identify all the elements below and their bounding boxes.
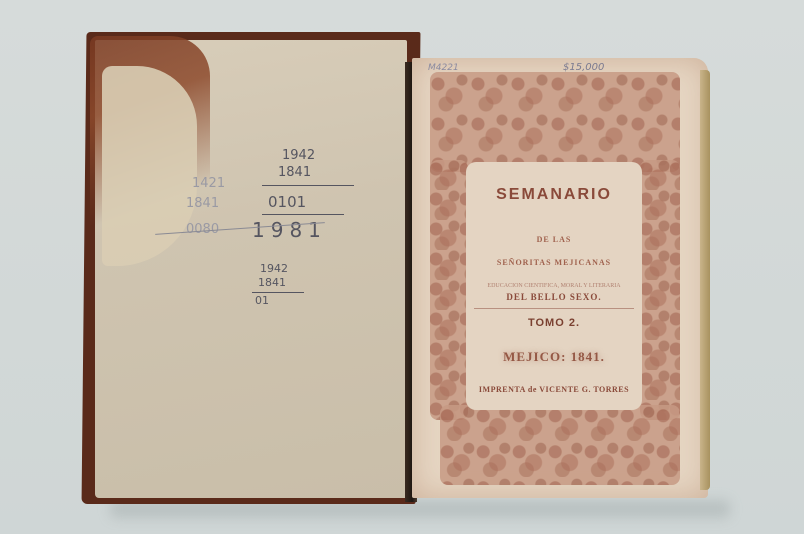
title-rule [474,308,634,309]
floral-ornament-top [430,72,680,172]
price-note: $15,000 [563,62,604,73]
note-1841-faint: 1841 [186,196,219,211]
pencil-line [252,292,304,293]
floral-ornament-bottom [440,405,680,485]
floral-ornament-right [640,160,680,420]
title-line-de-las: DE LAS [466,235,642,244]
pencil-line [262,214,344,215]
pencil-line [262,185,354,186]
floral-ornament-left [430,160,468,420]
page-fore-edge [700,70,710,490]
note-1942-top: 1942 [282,148,315,163]
note-01: 01 [255,294,269,307]
accession-number: M4221 [428,63,459,73]
title-line-bello-sexo: DEL BELLO SEXO. [466,292,642,302]
note-1841-top: 1841 [278,165,311,180]
volume-label: TOMO 2. [466,317,642,329]
title-line-educacion: EDUCACION CIENTIFICA, MORAL Y LITERARIA [466,283,642,289]
place-date: MEJICO: 1841. [466,349,642,365]
note-1841-bottom: 1841 [258,276,286,289]
printer-line: IMPRENTA de VICENTE G. TORRES [466,385,642,394]
note-1421-faint: 1421 [192,176,225,191]
book-title: SEMANARIO [466,186,642,204]
note-1942-bottom: 1942 [260,262,288,275]
note-1981: 1981 [252,218,327,242]
note-0101: 0101 [268,193,306,211]
title-line-senoritas: SEÑORITAS MEJICANAS [466,258,642,267]
